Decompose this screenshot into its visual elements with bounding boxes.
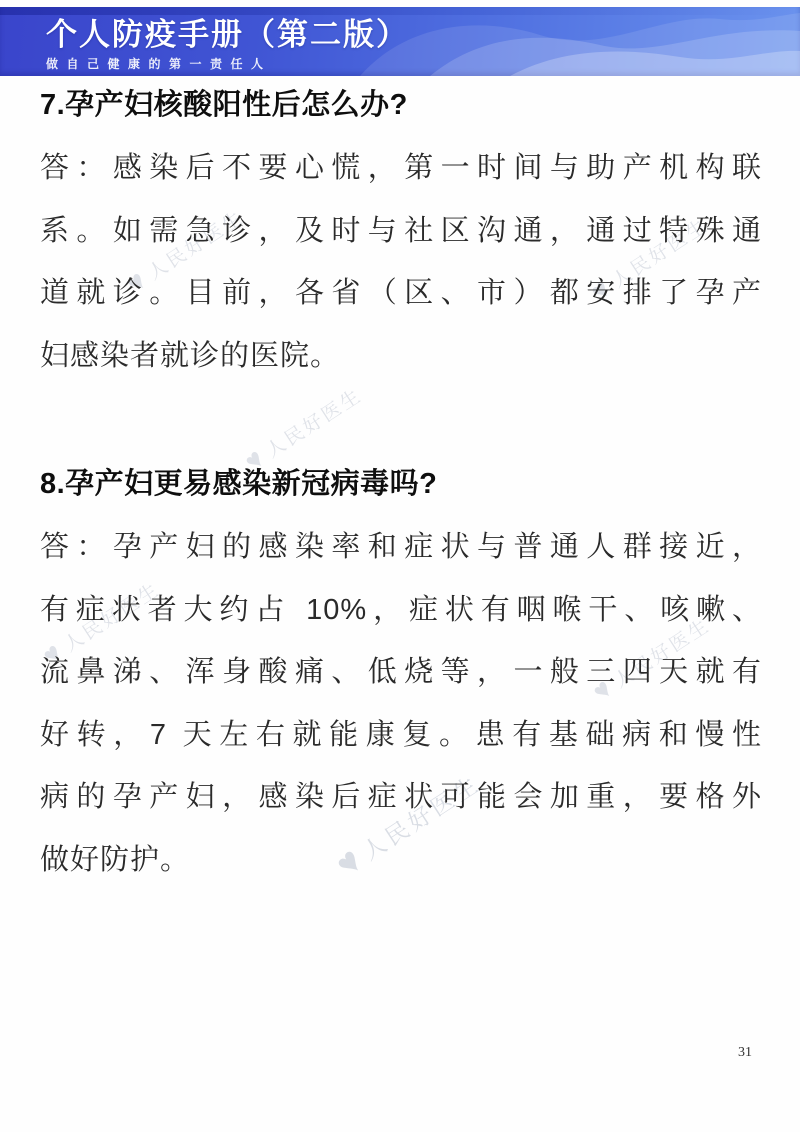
question-8-heading: 8.孕产妇更易感染新冠病毒吗? [40,467,762,501]
answer-line: 做好防护。 [40,829,762,892]
answer-line: 答：孕产妇的感染率和症状与普通人群接近， [40,516,762,579]
answer-line: 有症状者大约占 10%，症状有咽喉干、咳嗽、 [40,579,762,642]
answer-line: 病的孕产妇，感染后症状可能会加重，要格外 [40,766,762,829]
answer-line: 好转，7 天左右就能康复。患有基础病和慢性 [40,704,762,767]
question-7-heading: 7.孕产妇核酸阳性后怎么办? [40,88,762,122]
answer-line: 答：感染后不要心慌，第一时间与助产机构联 [40,137,762,200]
answer-line: 系。如需急诊，及时与社区沟通，通过特殊通 [40,200,762,263]
manual-title: 个人防疫手册（第二版） [46,18,800,52]
answer-line: 道就诊。目前，各省（区、市）都安排了孕产 [40,262,762,325]
content-area: 7.孕产妇核酸阳性后怎么办? 答：感染后不要心慌，第一时间与助产机构联 系。如需… [40,76,762,891]
banner-inner: 个人防疫手册（第二版） 做自己健康的第一责任人 [0,7,800,72]
manual-subtitle: 做自己健康的第一责任人 [46,55,800,72]
page-number: 31 [738,1045,752,1061]
answer-line: 妇感染者就诊的医院。 [40,325,762,388]
question-8-answer: 答：孕产妇的感染率和症状与普通人群接近， 有症状者大约占 10%，症状有咽喉干、… [40,516,762,891]
qa-section-8: 8.孕产妇更易感染新冠病毒吗? 答：孕产妇的感染率和症状与普通人群接近， 有症状… [40,467,762,891]
answer-line: 流鼻涕、浑身酸痛、低烧等，一般三四天就有 [40,641,762,704]
question-7-answer: 答：感染后不要心慌，第一时间与助产机构联 系。如需急诊，及时与社区沟通，通过特殊… [40,137,762,387]
manual-page: 个人防疫手册（第二版） 做自己健康的第一责任人 ♥ 人民好医生 ♥ 人民好医生 … [0,0,800,1132]
header-banner: 个人防疫手册（第二版） 做自己健康的第一责任人 [0,7,800,76]
qa-section-7: 7.孕产妇核酸阳性后怎么办? 答：感染后不要心慌，第一时间与助产机构联 系。如需… [40,88,762,387]
